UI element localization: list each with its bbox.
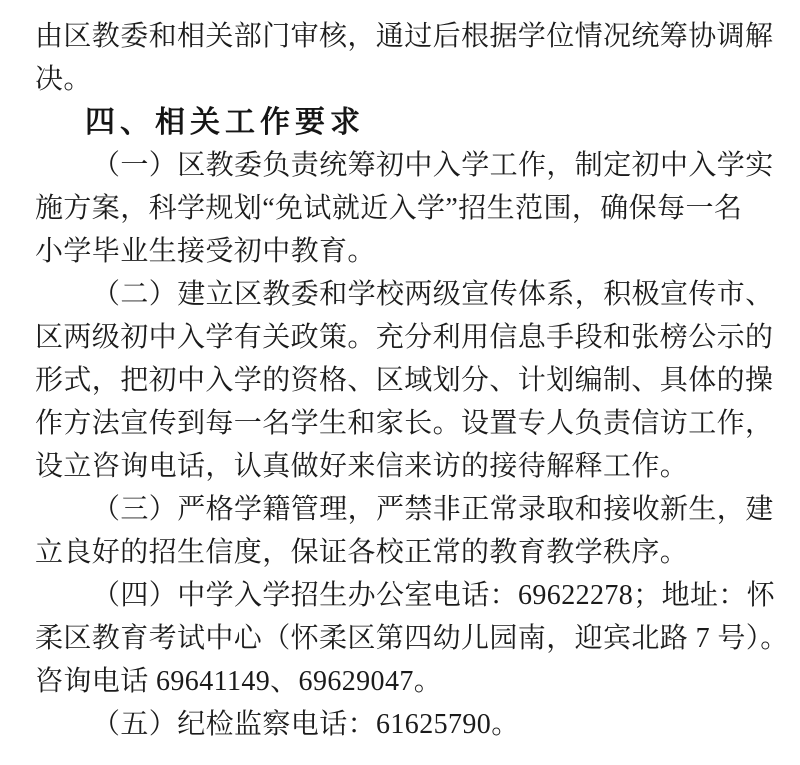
document-line: 小学毕业生接受初中教育。 bbox=[35, 230, 772, 273]
document-page: 由区教委和相关部门审核，通过后根据学位情况统筹协调解 决。 四、相关工作要求 （… bbox=[0, 0, 800, 765]
document-line: 形式，把初中入学的资格、区域划分、计划编制、具体的操 bbox=[35, 359, 772, 402]
document-line: 由区教委和相关部门审核，通过后根据学位情况统筹协调解 bbox=[35, 15, 772, 58]
document-line: 立良好的招生信度，保证各校正常的教育教学秩序。 bbox=[35, 531, 772, 574]
document-line: 施方案，科学规划“免试就近入学”招生范围，确保每一名 bbox=[35, 187, 772, 230]
document-line-paragraph-start: （四）中学入学招生办公室电话：69622278；地址：怀 bbox=[35, 574, 772, 617]
document-line: 设立咨询电话，认真做好来信来访的接待解释工作。 bbox=[35, 445, 772, 488]
document-line-paragraph-start: （二）建立区教委和学校两级宣传体系，积极宣传市、 bbox=[35, 273, 772, 316]
document-line: 作方法宣传到每一名学生和家长。设置专人负责信访工作， bbox=[35, 402, 772, 445]
document-line-paragraph-start: （一）区教委负责统筹初中入学工作，制定初中入学实 bbox=[35, 144, 772, 187]
document-line: 区两级初中入学有关政策。充分利用信息手段和张榜公示的 bbox=[35, 316, 772, 359]
document-line-paragraph-start: （三）严格学籍管理，严禁非正常录取和接收新生，建 bbox=[35, 488, 772, 531]
section-heading: 四、相关工作要求 bbox=[35, 101, 772, 144]
document-line: 柔区教育考试中心（怀柔区第四幼儿园南，迎宾北路 7 号）。 bbox=[35, 617, 772, 660]
document-line: 咨询电话 69641149、69629047。 bbox=[35, 660, 772, 703]
document-line: 决。 bbox=[35, 58, 772, 101]
document-line-paragraph-start: （五）纪检监察电话：61625790。 bbox=[35, 703, 772, 746]
